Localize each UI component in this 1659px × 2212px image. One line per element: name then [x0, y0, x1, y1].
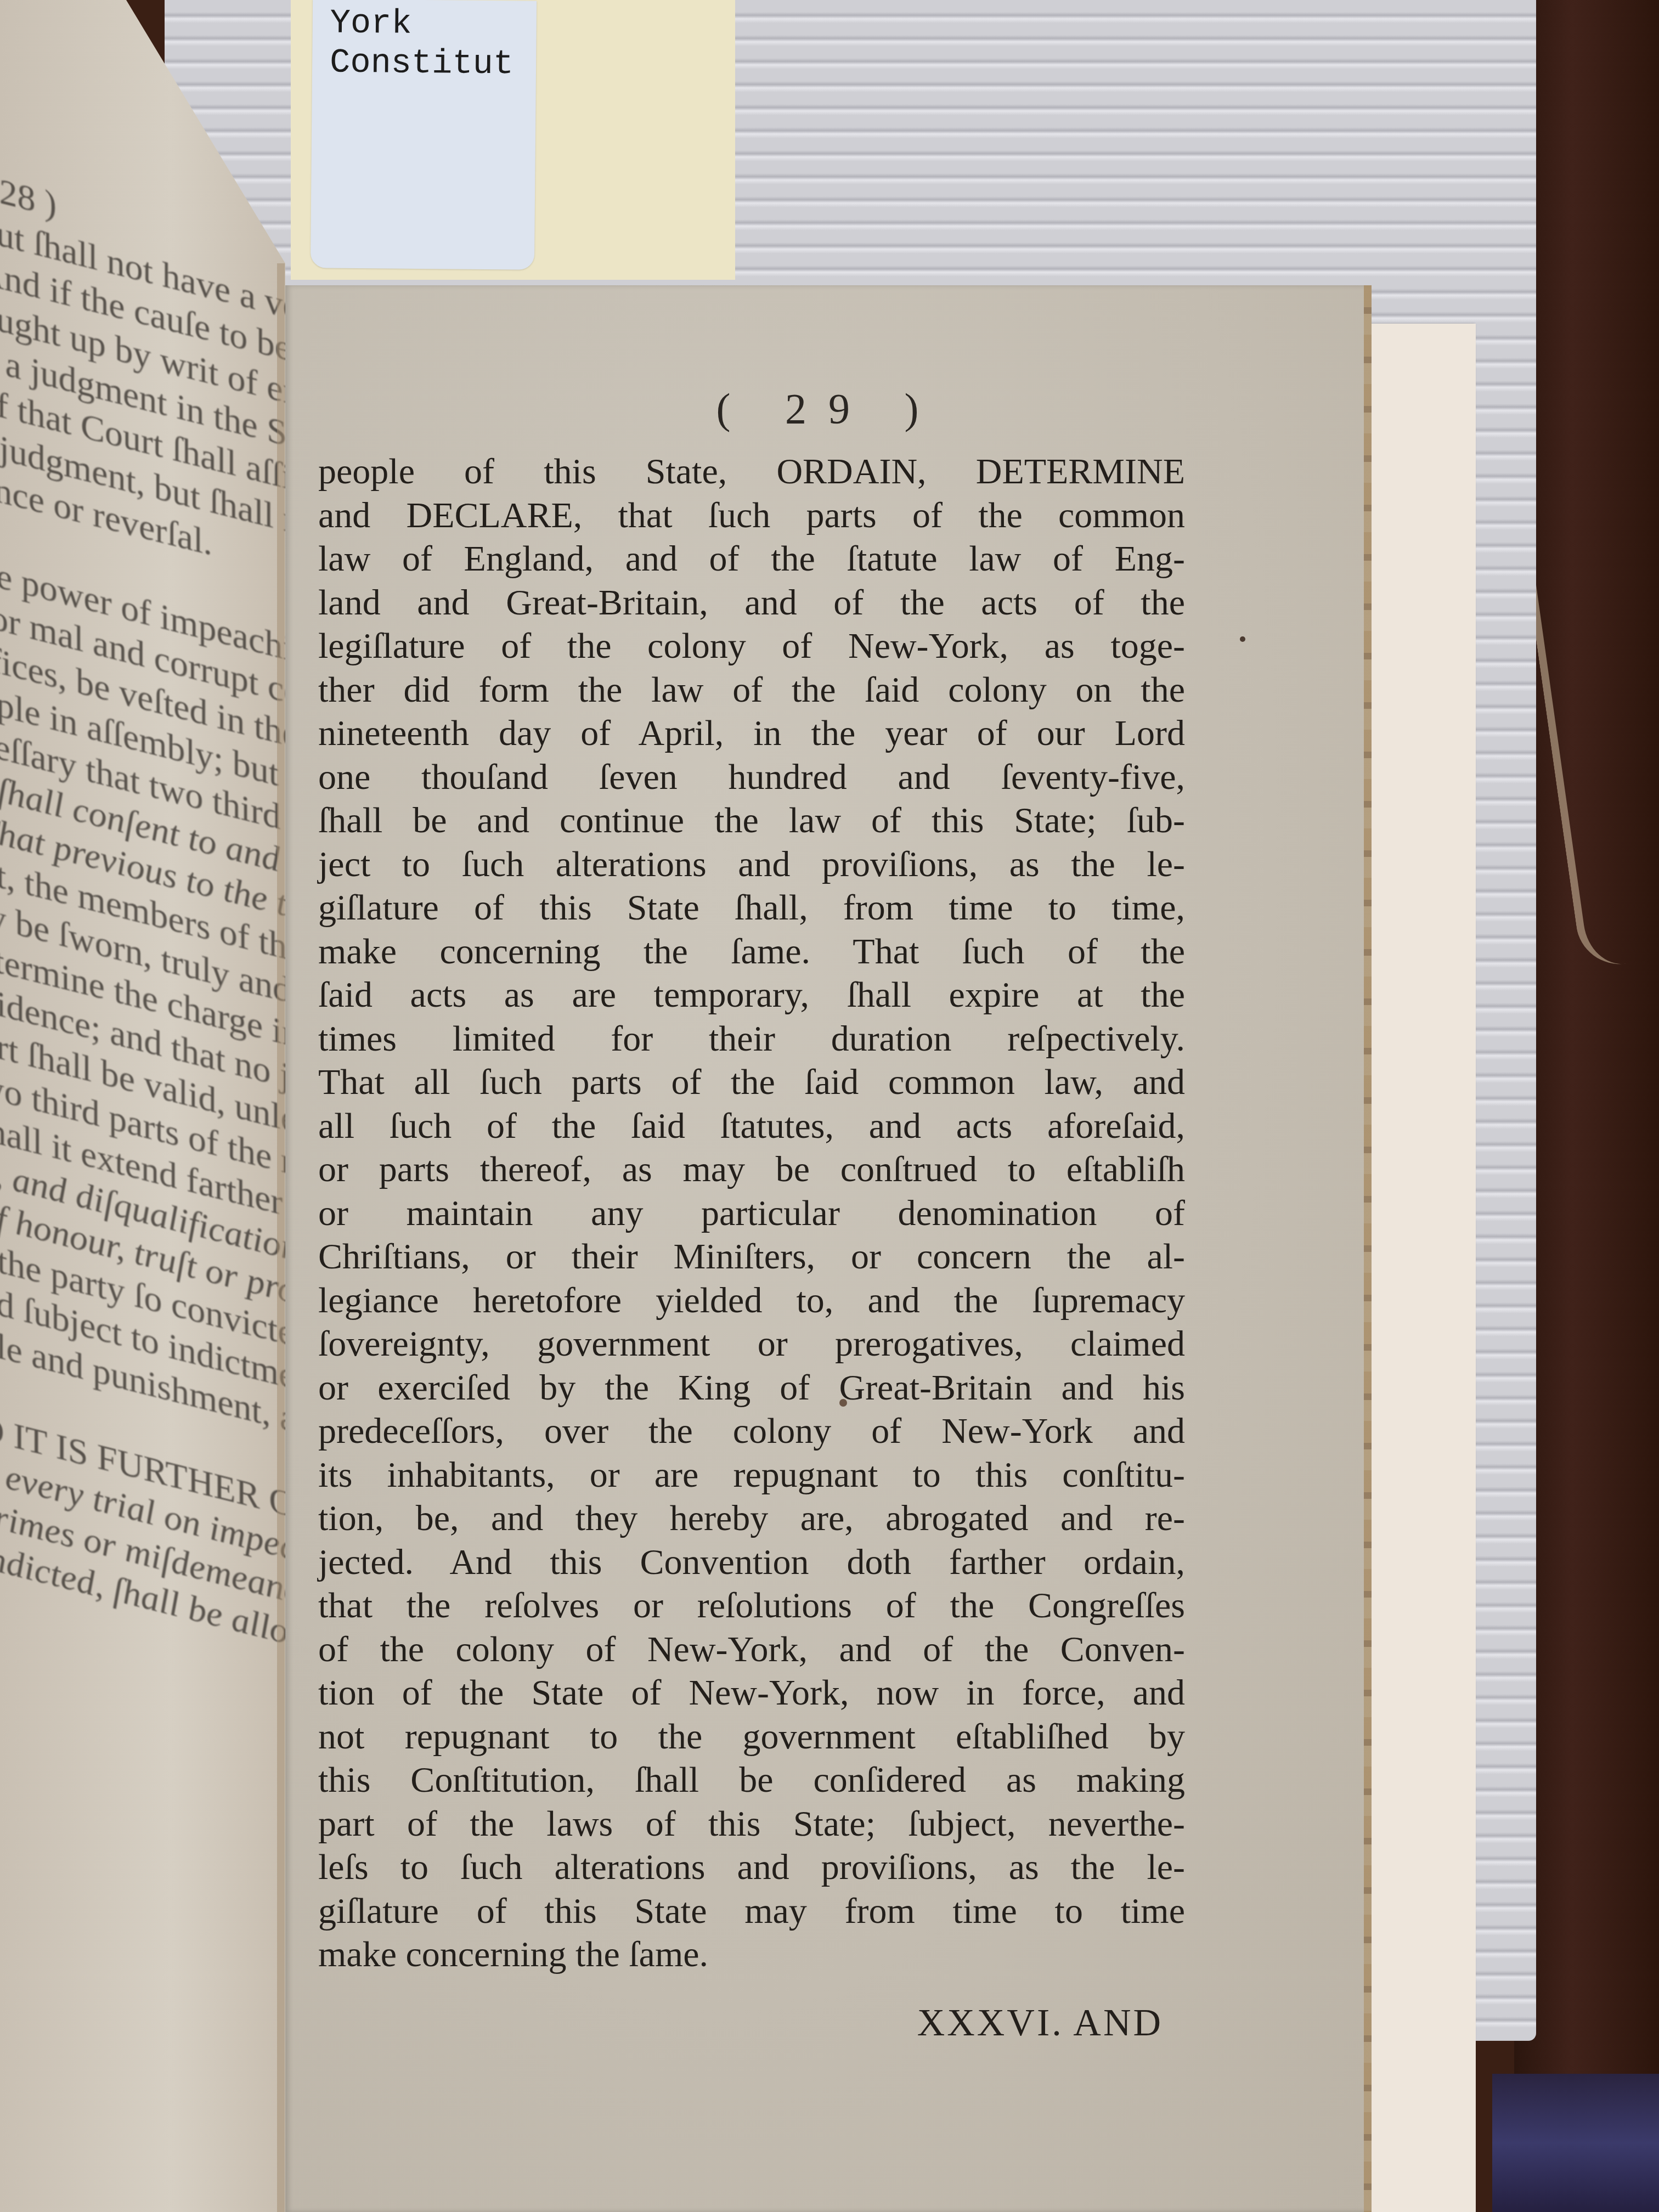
text-line: nineteenth day of April, in the year of …	[318, 712, 1185, 755]
text-line: this Conſtitution, ſhall be conſidered a…	[318, 1758, 1185, 1802]
text-line: make concerning the ſame. That ſuch of t…	[318, 930, 1185, 974]
paper-speck	[1240, 636, 1245, 642]
text-line: ſhall be and continue the law of this St…	[318, 799, 1185, 843]
catchword: XXXVI. AND	[867, 2001, 1163, 2045]
text-line: or parts thereof, as may be conſtrued to…	[318, 1148, 1185, 1192]
text-line: ſaid acts as are temporary, ſhall expire…	[318, 973, 1185, 1017]
text-line: ſovereignty, government or prerogatives,…	[318, 1322, 1185, 1366]
text-line: giſlature of this State may from time to…	[318, 1889, 1185, 1933]
text-line: tion, be, and they hereby are, abrogated…	[318, 1497, 1185, 1541]
page-number: ( 29 )	[658, 384, 998, 433]
left-page-text: ( 28 ) but ſhall not have a voice in And…	[0, 165, 285, 1654]
text-line: legiance heretofore yielded to, and the …	[318, 1279, 1185, 1323]
text-line: of the colony of New-York, and of the Co…	[318, 1628, 1185, 1672]
text-line: or exerciſed by the King of Great-Britai…	[318, 1366, 1185, 1410]
text-line: all ſuch of the ſaid ſtatutes, and acts …	[318, 1104, 1185, 1148]
text-line: leſs to ſuch alterations and proviſions,…	[318, 1846, 1185, 1889]
text-line: its inhabitants, or are repugnant to thi…	[318, 1453, 1185, 1497]
white-backing-card	[1361, 324, 1476, 2212]
paper-speck	[839, 1399, 847, 1407]
blue-cloth	[1492, 2074, 1659, 2212]
text-line: that the reſolves or reſolutions of the …	[318, 1584, 1185, 1628]
text-line: and DECLARE, that ſuch parts of the comm…	[318, 494, 1185, 538]
text-line: jected. And this Convention doth farther…	[318, 1541, 1185, 1584]
text-line: Chriſtians, or their Miniſters, or conce…	[318, 1235, 1185, 1279]
catalog-label-text: York Constitut	[330, 4, 537, 84]
text-line-last: make concerning the ſame.	[318, 1933, 1185, 1977]
text-line: giſlature of this State ſhall, from time…	[318, 886, 1185, 930]
text-line: tion of the State of New-York, now in fo…	[318, 1671, 1185, 1715]
page-body-text: people of this State, ORDAIN, DETERMINE …	[318, 450, 1185, 1977]
text-line: times limited for their duration reſpect…	[318, 1017, 1185, 1061]
text-line: land and Great-Britain, and of the acts …	[318, 581, 1185, 625]
left-page-edge	[277, 263, 285, 2212]
text-line: part of the laws of this State; ſubject,…	[318, 1802, 1185, 1846]
text-line: one thouſand ſeven hundred and ſeventy-f…	[318, 755, 1185, 799]
text-line: ject to ſuch alterations and proviſions,…	[318, 843, 1185, 887]
text-line: legiſlature of the colony of New-York, a…	[318, 624, 1185, 668]
text-line: law of England, and of the ſtatute law o…	[318, 537, 1185, 581]
left-page: ( 28 ) but ſhall not have a voice in And…	[0, 0, 285, 2212]
text-line: predeceſſors, over the colony of New-Yor…	[318, 1409, 1185, 1453]
text-line: ther did form the law of the ſaid colony…	[318, 668, 1185, 712]
right-page: ( 29 ) people of this State, ORDAIN, DET…	[285, 285, 1372, 2212]
text-line: That all ſuch parts of the ſaid common l…	[318, 1060, 1185, 1104]
text-line: not repugnant to the government eſtabliſ…	[318, 1715, 1185, 1759]
text-line: or maintain any particular denomination …	[318, 1192, 1185, 1235]
catalog-label: York Constitut	[311, 0, 537, 270]
text-line: people of this State, ORDAIN, DETERMINE	[318, 450, 1185, 494]
